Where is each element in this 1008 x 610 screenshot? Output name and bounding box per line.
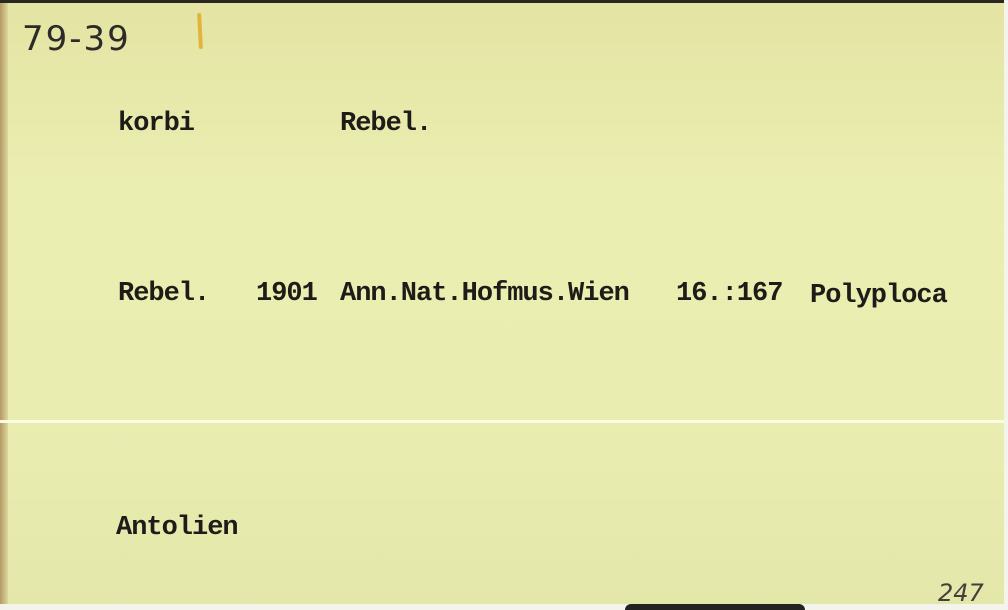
corner-number: 247 xyxy=(938,579,984,607)
author-header: Rebel. xyxy=(340,109,431,139)
fold-line xyxy=(0,420,1004,423)
citation-journal: Ann.Nat.Hofmus.Wien xyxy=(340,279,629,309)
clip-shadow xyxy=(625,604,805,610)
species-name: korbi xyxy=(118,109,194,139)
card-right-edge xyxy=(1004,0,1008,610)
citation-author: Rebel. xyxy=(118,279,209,309)
citation-year: 1901 xyxy=(256,279,317,309)
locality: Antolien xyxy=(116,513,238,543)
catalog-number: 79-39 xyxy=(22,19,131,59)
card-bottom-edge xyxy=(0,604,1008,610)
citation-volume-page: 16.:167 xyxy=(676,279,782,309)
index-card: 79-39 korbi Rebel. Rebel. 1901 Ann.Nat.H… xyxy=(0,3,1004,607)
citation-genus: Polyploca xyxy=(810,281,947,311)
pencil-mark xyxy=(197,13,203,49)
